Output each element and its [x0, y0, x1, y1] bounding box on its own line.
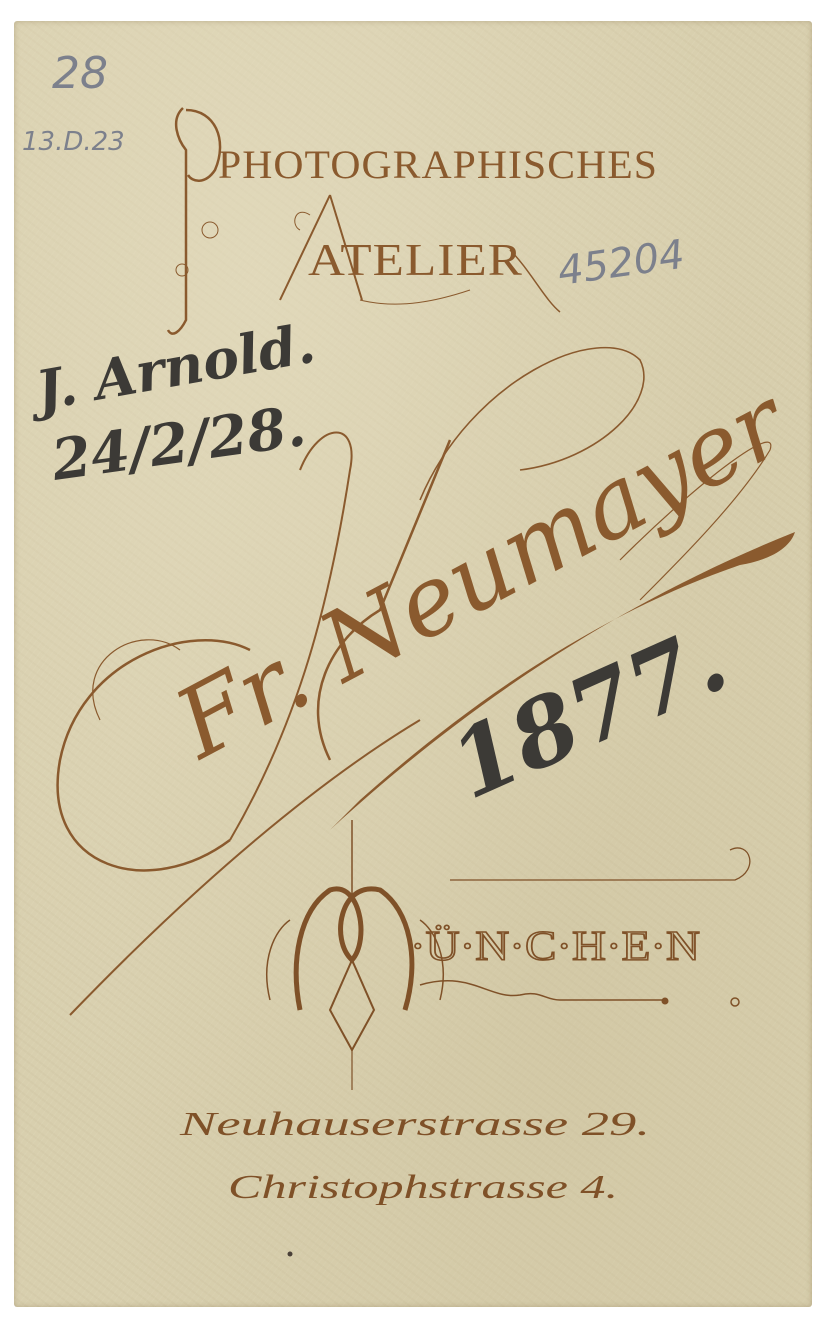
card-artwork: 28 13.D.23 45204 PHOTOGRAPHISCHES ATELIE… [0, 0, 826, 1328]
address-1: Neuhauserstrasse 29. [178, 1106, 650, 1143]
pencil-inventory-number: 45204 [555, 232, 687, 295]
city-name: ·Ü·N·C·H·E·N [410, 924, 700, 970]
pencil-catalog-code: 13.D.23 [22, 127, 125, 157]
pencil-number-top: 28 [52, 48, 108, 99]
header-line-1: PHOTOGRAPHISCHES [218, 142, 658, 187]
header-line-2: ATELIER [308, 234, 523, 285]
handwritten-year: 1877. [435, 604, 742, 820]
ink-speck [288, 1252, 293, 1257]
address-2: Christophstrasse 4. [228, 1169, 618, 1206]
